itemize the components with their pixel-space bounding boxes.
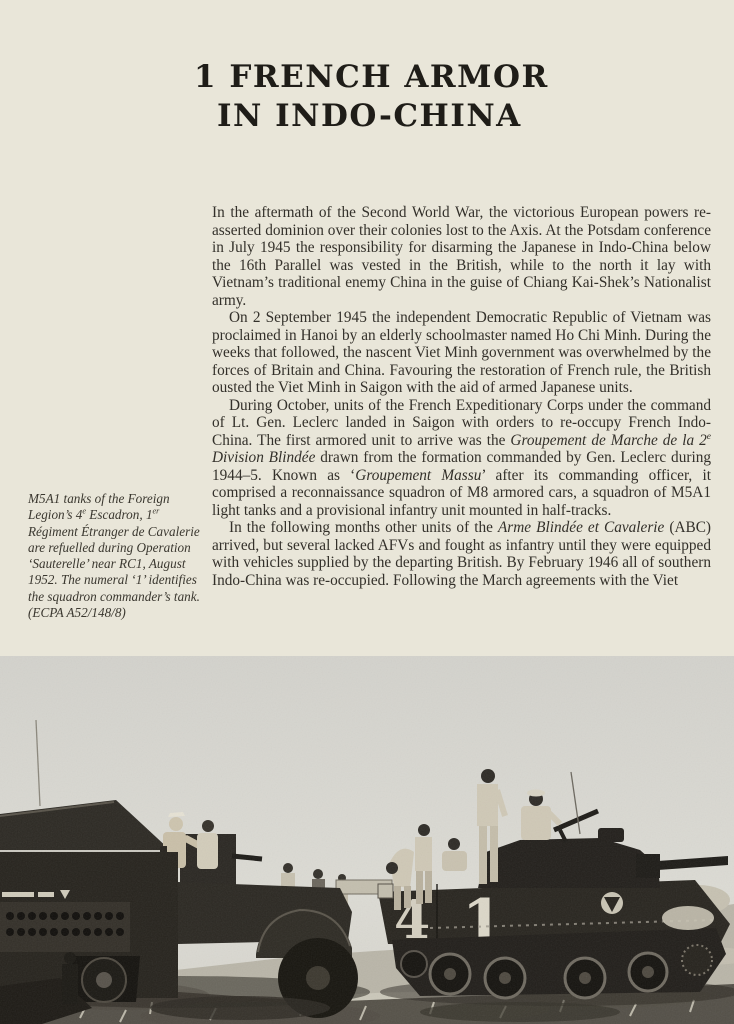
chapter-title-line2: IN INDO-CHINA	[194, 97, 549, 136]
photo-caption: M5A1 tanks of the Foreign Legion’s 4e Es…	[28, 491, 208, 621]
book-page: 1 FRENCH ARMOR IN INDO-CHINA M5A1 tanks …	[0, 0, 734, 1024]
paragraph-2: On 2 September 1945 the independent Demo…	[212, 309, 711, 397]
chapter-title-line1: 1 FRENCH ARMOR	[194, 58, 549, 97]
paragraph-4: In the following months other units of t…	[212, 519, 711, 589]
photo-grain-overlay	[0, 656, 734, 1024]
paragraph-3: During October, units of the French Expe…	[212, 397, 711, 520]
photograph: 4 1	[0, 656, 734, 1024]
paragraph-1: In the aftermath of the Second World War…	[212, 204, 711, 309]
chapter-title: 1 FRENCH ARMOR IN INDO-CHINA	[194, 58, 549, 136]
body-text-column: In the aftermath of the Second World War…	[212, 204, 711, 589]
